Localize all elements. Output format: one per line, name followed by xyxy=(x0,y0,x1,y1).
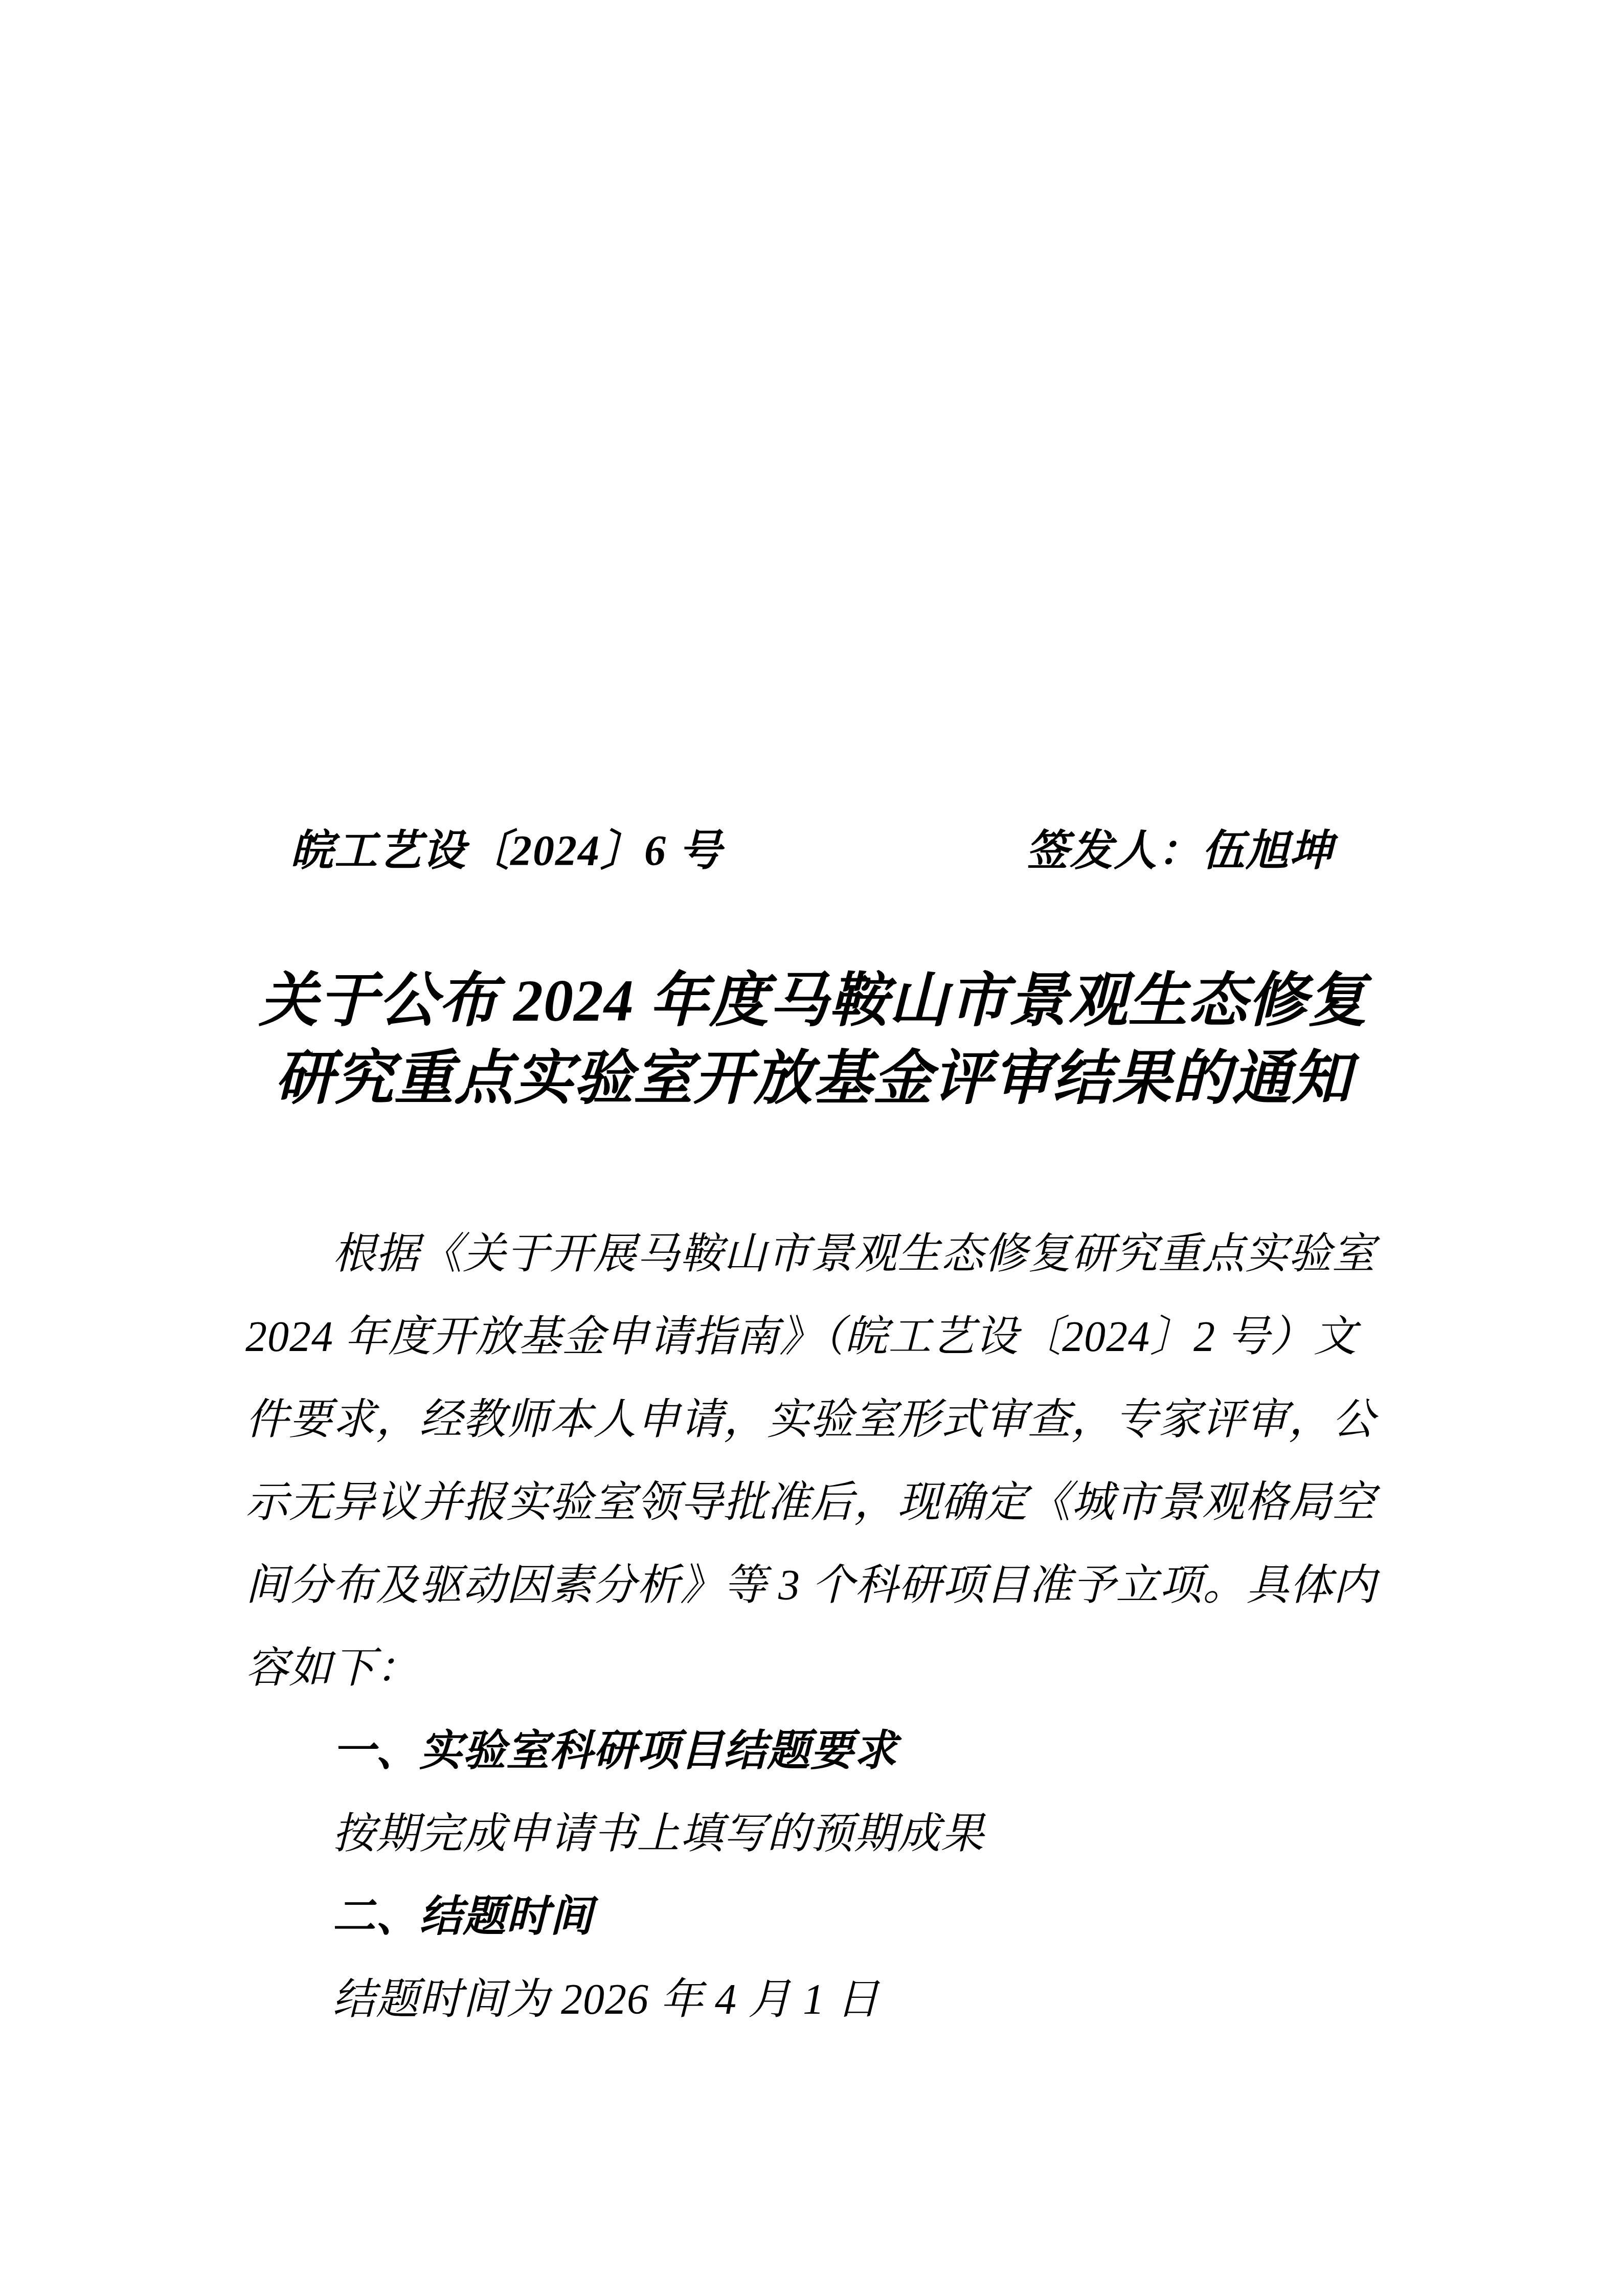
section-2-heading: 二、结题时间 xyxy=(245,1876,1381,1959)
document-body: 根据《关于开展马鞍山市景观生态修复研究重点实验室 2024 年度开放基金申请指南… xyxy=(245,1213,1381,2041)
official-notice-page: 皖工艺设〔2024〕6 号 签发人：伍旭坤 关于公布 2024 年度马鞍山市景观… xyxy=(0,0,1623,2296)
body-paragraph-line: 示无异议并报实验室领导批准后，现确定《城市景观格局空 xyxy=(245,1461,1381,1544)
body-paragraph-line: 2024 年度开放基金申请指南》（皖工艺设〔2024〕2 号）文 xyxy=(245,1296,1381,1379)
body-paragraph-line: 件要求，经教师本人申请，实验室形式审查，专家评审，公 xyxy=(245,1379,1381,1461)
section-1-heading: 一、实验室科研项目结题要求 xyxy=(245,1710,1381,1793)
doc-number-row: 皖工艺设〔2024〕6 号 签发人：伍旭坤 xyxy=(245,816,1381,878)
body-paragraph-line: 根据《关于开展马鞍山市景观生态修复研究重点实验室 xyxy=(245,1213,1381,1296)
issuer-name: 签发人：伍旭坤 xyxy=(1026,816,1334,878)
title-line-1: 关于公布 2024 年度马鞍山市景观生态修复 xyxy=(245,962,1381,1040)
document-title: 关于公布 2024 年度马鞍山市景观生态修复 研究重点实验室开放基金评审结果的通… xyxy=(245,962,1381,1118)
doc-number: 皖工艺设〔2024〕6 号 xyxy=(290,816,723,878)
section-1-content: 按期完成申请书上填写的预期成果 xyxy=(245,1793,1381,1876)
body-paragraph-line: 容如下： xyxy=(245,1627,1381,1710)
section-2-content: 结题时间为 2026 年 4 月 1 日 xyxy=(245,1959,1381,2041)
title-line-2: 研究重点实验室开放基金评审结果的通知 xyxy=(245,1040,1381,1118)
body-paragraph-line: 间分布及驱动因素分析》等 3 个科研项目准予立项。具体内 xyxy=(245,1544,1381,1627)
